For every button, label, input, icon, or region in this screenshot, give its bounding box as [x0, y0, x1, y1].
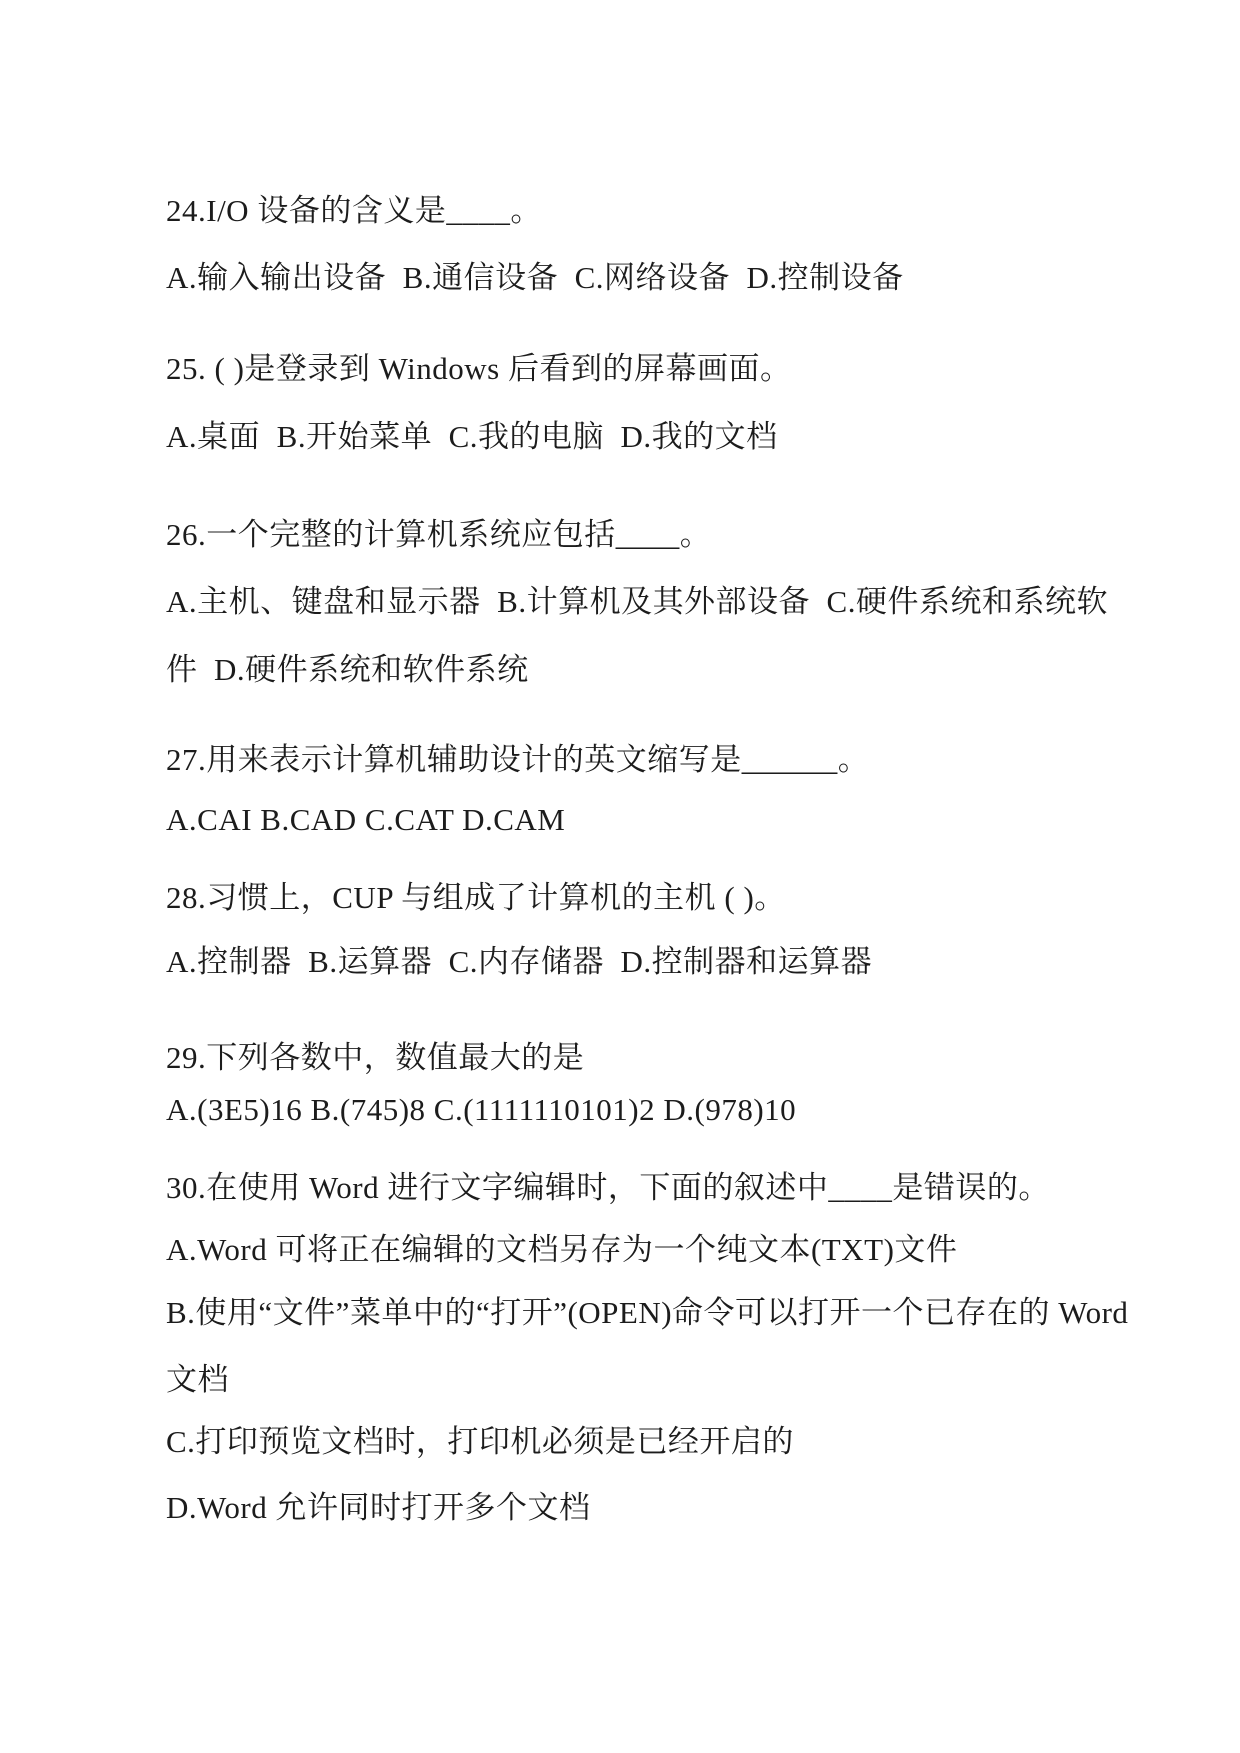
question-30-option-c: C.打印预览文档时，打印机必须是已经开启的 — [166, 1423, 794, 1461]
question-25-options: A.桌面 B.开始菜单 C.我的电脑 D.我的文档 — [166, 418, 778, 456]
question-26-stem: 26.一个完整的计算机系统应包括____。 — [166, 516, 711, 554]
question-29-options: A.(3E5)16 B.(745)8 C.(1111110101)2 D.(97… — [166, 1091, 796, 1129]
question-27-options: A.CAI B.CAD C.CAT D.CAM — [166, 801, 565, 839]
question-24-options: A.输入输出设备 B.通信设备 C.网络设备 D.控制设备 — [166, 259, 904, 297]
question-30-stem: 30.在使用 Word 进行文字编辑时，下面的叙述中____是错误的。 — [166, 1169, 1050, 1207]
question-30-option-b-cont: 文档 — [166, 1361, 229, 1399]
question-27-stem: 27.用来表示计算机辅助设计的英文缩写是______。 — [166, 741, 869, 779]
question-30-option-b: B.使用“文件”菜单中的“打开”(OPEN)命令可以打开一个已存在的 Word — [166, 1294, 1128, 1332]
question-25-stem: 25. ( )是登录到 Windows 后看到的屏幕画面。 — [166, 350, 791, 388]
question-30-option-a: A.Word 可将正在编辑的文档另存为一个纯文本(TXT)文件 — [166, 1231, 957, 1269]
question-28-options: A.控制器 B.运算器 C.内存储器 D.控制器和运算器 — [166, 943, 872, 981]
question-26-options-line1: A.主机、键盘和显示器 B.计算机及其外部设备 C.硬件系统和系统软 — [166, 583, 1108, 621]
question-30-option-d: D.Word 允许同时打开多个文档 — [166, 1489, 591, 1527]
question-26-options-line2: 件 D.硬件系统和软件系统 — [166, 651, 529, 689]
question-29-stem: 29.下列各数中，数值最大的是 — [166, 1039, 584, 1077]
question-24-stem: 24.I/O 设备的含义是____。 — [166, 192, 542, 230]
exam-document-page: 24.I/O 设备的含义是____。 A.输入输出设备 B.通信设备 C.网络设… — [0, 0, 1240, 1753]
question-28-stem: 28.习惯上，CUP 与组成了计算机的主机 ( )。 — [166, 879, 786, 917]
